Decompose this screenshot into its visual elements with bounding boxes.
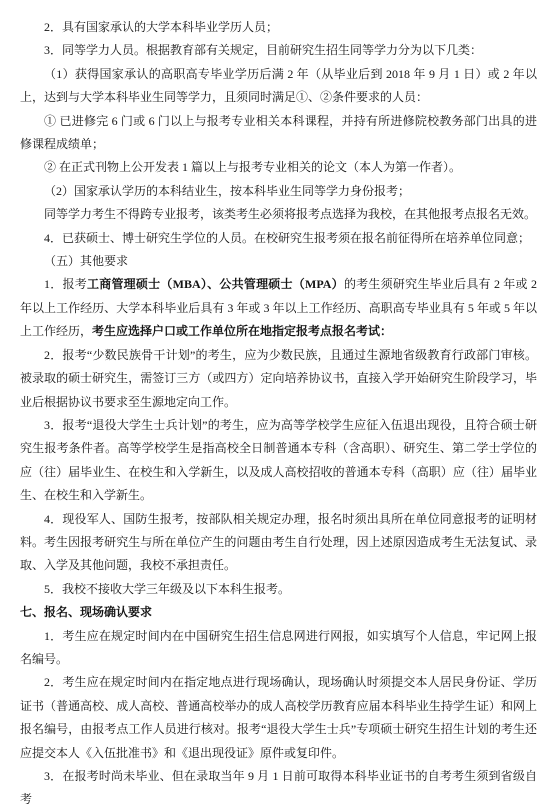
confirm-2-onsite-confirmation: 2．考生应在规定时间内在指定地点进行现场确认，现场确认时须提交本人居民身份证、学… <box>20 671 537 765</box>
text-run: 4．现役军人、国防生报考，按部队相关规定办理，报名时须出具所在单位同意报考的证明… <box>20 512 537 573</box>
section-7-heading: 七、报名、现场确认要求 <box>20 601 537 624</box>
other-4-military: 4．现役军人、国防生报考，按部队相关规定办理，报名时须出具所在单位同意报考的证明… <box>20 508 537 578</box>
other-1-mba-mpa: 1．报考工商管理硕士（MBA）、公共管理硕士（MPA）的考生须研究生毕业后具有 … <box>20 273 537 343</box>
emphasis-text: 考生应选择户口或工作单位所在地指定报考点报名考试： <box>92 324 392 338</box>
text-run: 3．在报考时尚未毕业、但在录取当年 9 月 1 日前可取得本科毕业证书的自考考生… <box>20 769 537 806</box>
confirm-3-self-study: 3．在报考时尚未毕业、但在录取当年 9 月 1 日前可取得本科毕业证书的自考考生… <box>20 765 537 809</box>
cond-2-paper: ② 在正式刊物上公开发表 1 篇以上与报考专业相关的论文（本人为第一作者）。 <box>20 156 537 179</box>
item-3-equivalent-ability: 3．同等学力人员。根据教育部有关规定，目前研究生招生同等学力分为以下几类： <box>20 39 537 62</box>
note-equivalent-ability-restriction: 同等学力考生不得跨专业报考，该类考生必须将报考点选择为我校，在其他报考点报名无效… <box>20 203 537 226</box>
text-run: 2．考生应在规定时间内在指定地点进行现场确认，现场确认时须提交本人居民身份证、学… <box>20 675 537 759</box>
emphasis-text: 工商管理硕士（MBA）、公共管理硕士（MPA） <box>87 277 344 291</box>
other-2-minority-plan: 2．报考“少数民族骨干计划”的考生，应为少数民族，且通过生源地省级教育行政部门审… <box>20 344 537 414</box>
text-run: 3．报考“退役大学生士兵计划”的考生，应为高等学校学生应征入伍退出现役，且符合硕… <box>20 418 537 502</box>
other-5-third-year: 5．我校不接收大学三年级及以下本科生报考。 <box>20 578 537 601</box>
confirm-1-online-registration: 1．考生应在规定时间内在中国研究生招生信息网进行网报，如实填写个人信息，牢记网上… <box>20 625 537 672</box>
document-page: 2．具有国家承认的大学本科毕业学历人员；3．同等学力人员。根据教育部有关规定，目… <box>0 0 556 809</box>
text-run: 4．已获硕士、博士研究生学位的人员。在校研究生报考须在报名前征得所在培养单位同意… <box>44 231 530 245</box>
text-run: （五）其他要求 <box>44 254 128 268</box>
text-run: 1．报考 <box>44 277 87 291</box>
text-run: 1．考生应在规定时间内在中国研究生招生信息网进行网报，如实填写个人信息，牢记网上… <box>20 629 537 666</box>
item-2-recognized-bachelor: 2．具有国家承认的大学本科毕业学历人员； <box>20 16 537 39</box>
text-run: 同等学力考生不得跨专业报考，该类考生必须将报考点选择为我校，在其他报考点报名无效… <box>44 207 536 221</box>
document-body: 2．具有国家承认的大学本科毕业学历人员；3．同等学力人员。根据教育部有关规定，目… <box>20 16 537 809</box>
item-4-master-doctor-degree: 4．已获硕士、博士研究生学位的人员。在校研究生报考须在报名前征得所在培养单位同意… <box>20 227 537 250</box>
emphasis-text: 七、报名、现场确认要求 <box>20 605 152 619</box>
text-run: ① 已进修完 6 门或 6 门以上与报考专业相关本科课程，并持有所进修院校教务部… <box>20 114 537 151</box>
sub-2-benke-jieye: （2）国家承认学历的本科结业生，按本科毕业生同等学力身份报考； <box>20 180 537 203</box>
section-5-other-requirements: （五）其他要求 <box>20 250 537 273</box>
text-run: 2．报考“少数民族骨干计划”的考生，应为少数民族，且通过生源地省级教育行政部门审… <box>20 348 537 409</box>
text-run: 5．我校不接收大学三年级及以下本科生报考。 <box>44 582 290 596</box>
other-3-veteran-plan: 3．报考“退役大学生士兵计划”的考生，应为高等学校学生应征入伍退出现役，且符合硕… <box>20 414 537 508</box>
sub-1-junior-college: （1）获得国家承认的高职高专毕业学历后满 2 年（从毕业后到 2018 年 9 … <box>20 63 537 110</box>
text-run: （2）国家承认学历的本科结业生，按本科毕业生同等学力身份报考； <box>44 184 410 198</box>
text-run: ② 在正式刊物上公开发表 1 篇以上与报考专业相关的论文（本人为第一作者）。 <box>44 160 461 174</box>
cond-1-courses: ① 已进修完 6 门或 6 门以上与报考专业相关本科课程，并持有所进修院校教务部… <box>20 110 537 157</box>
text-run: 3．同等学力人员。根据教育部有关规定，目前研究生招生同等学力分为以下几类： <box>44 43 482 57</box>
text-run: （1）获得国家承认的高职高专毕业学历后满 2 年（从毕业后到 2018 年 9 … <box>20 67 537 104</box>
text-run: 2．具有国家承认的大学本科毕业学历人员； <box>44 20 278 34</box>
